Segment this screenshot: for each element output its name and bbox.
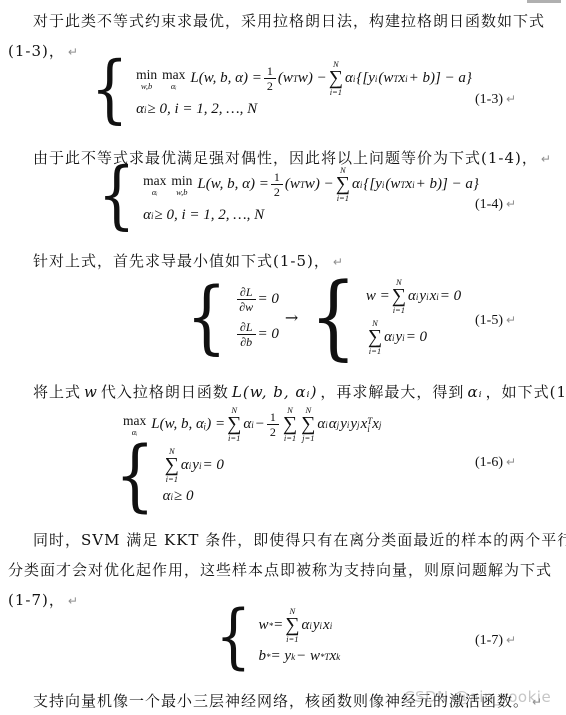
math-token: L(w, b, α) = [197,176,268,193]
math-token: ∑ [336,175,350,194]
math-token: i [347,420,350,430]
math-token: y [192,457,199,474]
paragraph-mark-icon: ↵ [68,594,78,608]
min-operator: minw,b [171,173,192,197]
equation-line: N∑i=1αiyi = 0 [163,447,224,484]
paragraph-substitute: 将上式w代入拉格朗日函数L(w, b, αᵢ)，再求解最大，得到αᵢ，如下式(1… [33,381,566,402]
equation-1-3: {minw,bmaxαᵢL(w, b, α) = 12(wTw) − N∑i=1… [86,60,472,118]
inline-math: L(w, b, αᵢ) [232,383,318,401]
math-token: α [243,416,251,433]
math-token: x [398,70,405,87]
math-token: x [361,416,368,433]
math-token: = [273,617,283,634]
math-token: 1 [267,410,279,425]
math-token: i [309,621,312,631]
summation: N∑i=1 [368,319,382,356]
math-token: i [151,211,154,221]
math-token: ∑ [368,328,382,347]
math-token: + b)] − a} [409,70,472,87]
math-token: i=1 [330,88,342,97]
fraction: 12 [271,170,283,199]
max-operator: maxαᵢ [143,173,166,197]
summation: N∑i=1 [285,607,299,644]
math-token: i [330,621,333,631]
math-token: i [189,461,192,471]
math-token: i [436,292,439,302]
math-token: ∑ [301,415,315,434]
math-token: i=1 [284,434,296,443]
math-token: i [367,425,370,433]
equation-line: maxαᵢminw,bL(w, b, α) = 12(wTw) − N∑i=1α… [143,166,479,203]
math-token: k [291,652,295,662]
equation-1-5: {∂L∂w = 0∂L∂b = 0→{w = N∑i=1αiyixi = 0N∑… [181,278,461,356]
paragraph-mark-icon: ↵ [506,633,516,647]
math-token: i=1 [228,434,240,443]
math-token: i [353,74,356,84]
equation-label-1-6: (1-6)↵ [475,455,516,471]
fraction: ∂L∂w [237,285,256,314]
inline-math: w [84,383,98,401]
paragraph-text: 同时，SVM 满足 KKT 条件，即使得只有在离分类面最近的样本的两个平行 [33,531,566,549]
math-token: w,b [176,188,187,197]
math-token: = 0 [258,326,279,343]
math-token: ≥ 0, i = 1, 2, …, N [147,101,257,118]
summation: N∑i=1 [329,60,343,97]
equation-line: αi ≥ 0 [163,488,224,505]
math-token: i [426,292,429,302]
math-token: = 0 [440,288,461,305]
math-token: i [251,420,254,430]
math-token: ≥ 0, i = 1, 2, …, N [154,207,264,224]
min-operator: minw,b [136,67,157,91]
equation-label-1-7: (1-7)↵ [475,633,516,649]
math-token: α [301,617,309,634]
equation-line: minw,bmaxαᵢL(w, b, α) = 12(wTw) − N∑i=1α… [136,60,472,97]
math-token: ∂L [237,320,256,335]
math-token: α [163,488,171,505]
paragraph-text: 将上式 [33,383,81,401]
equation-1-6: maxαᵢL(w, b, αᵢ) = N∑i=1αi − 12N∑i=1N∑j=… [110,406,382,505]
paragraph-mark-icon: ↵ [541,152,551,166]
equation-label-1-5: (1-5)↵ [475,313,516,329]
math-token: {[y [356,70,375,87]
math-token: b [259,648,267,665]
paragraph-text: (1-7)， [8,591,65,609]
paragraph-text: 分类面才会对优化起作用，这些样本点即被称为支持向量，则原问题解为下式 [8,561,552,579]
label-text: (1-7) [475,633,503,648]
paragraph-text: 支持向量机像一个最小三层神经网络，核函数则像神经元的激活函数。 [33,692,529,710]
paragraph-intro-line1: 对于此类不等式约束求最优，采用拉格朗日法，构建拉格朗日函数如下式 [33,10,545,31]
equation-line: ∂L∂b = 0 [235,320,279,349]
math-token: (w [285,176,300,193]
math-token: j [357,420,360,430]
math-token: α [181,457,189,474]
paragraph-mark-icon: ↵ [506,197,516,211]
max-operator: maxαᵢ [162,67,185,91]
fraction: 12 [267,410,279,439]
math-token: i [416,292,419,302]
math-token: i=1 [337,194,349,203]
equation-line: w* = N∑i=1αiyixi [259,607,342,644]
math-token: max [143,173,166,188]
math-token: α [384,329,392,346]
math-token: ∑ [283,415,297,434]
math-token: w) − [305,176,334,193]
math-token: L(w, b, αᵢ) = [151,416,225,433]
math-token: y [419,288,426,305]
label-text: (1-4) [475,197,503,212]
math-token: ∑ [285,616,299,635]
equation-1-7: {w* = N∑i=1αiyixib* = yk − w*Txk [211,607,341,665]
math-token: = 0 [406,329,427,346]
math-token: α [143,207,151,224]
fraction: ∂L∂b [237,320,256,349]
math-token: α [329,416,337,433]
math-token: 1 [264,64,276,79]
equation-1-4: {maxαᵢminw,bL(w, b, α) = 12(wTw) − N∑i=1… [93,166,479,224]
inline-math: αᵢ [467,383,482,401]
math-token: ∑ [165,456,179,475]
math-token: ∑ [392,287,406,306]
equation-line: b* = yk − w*Txk [259,648,342,665]
math-token: − w [296,648,320,665]
math-token: y [396,329,403,346]
paragraph-text: 对于此类不等式约束求最优，采用拉格朗日法，构建拉格朗日函数如下式 [33,12,545,30]
paragraph-text: 代入拉格朗日函数 [101,383,229,401]
paragraph-text: (1-3)， [8,42,65,60]
math-token: w = [366,288,390,305]
math-token: L(w, b, α) = [190,70,261,87]
math-token: min [171,173,192,188]
math-token: = 0 [202,457,223,474]
paragraph-mark-icon: ↵ [532,695,542,709]
math-token: α [317,416,325,433]
math-token: ∂b [240,335,252,349]
math-token: ∑ [329,69,343,88]
math-token: (w [385,176,400,193]
paragraph-text: ，再求解最大，得到 [320,383,464,401]
math-token: x [329,648,336,665]
math-token: i=1 [166,475,178,484]
summation: N∑i=1 [336,166,350,203]
paragraph-mark-icon: ↵ [506,313,516,327]
math-token: max [162,67,185,82]
equation-line: w = N∑i=1αiyixi = 0 [366,278,461,315]
math-token: 2 [267,79,273,93]
equation-line: ∂L∂w = 0 [235,285,279,314]
math-token: i [405,74,408,84]
math-token: max [123,413,146,428]
paragraph-mark-icon: ↵ [506,455,516,469]
summation: N∑i=1 [227,406,241,443]
equation-line: maxαᵢL(w, b, αᵢ) = N∑i=1αi − 12N∑i=1N∑j=… [123,406,382,443]
math-token: i [360,180,363,190]
paragraph-intro-line2: (1-3)，↵ [8,40,78,61]
label-text: (1-3) [475,92,503,107]
math-token: i=1 [369,347,381,356]
paragraph-text: ，如下式(1-6)， [486,383,566,401]
math-token: j [379,420,382,430]
math-token: y [340,416,347,433]
math-token: αᵢ [171,82,177,91]
math-token: i [392,333,395,343]
math-token: j [337,420,340,430]
math-token: x [405,176,412,193]
math-token: i [382,180,385,190]
math-token: i [325,420,328,430]
math-token: w [259,617,269,634]
paragraph-text: 针对上式，首先求导最小值如下式(1-5)， [33,252,330,270]
window-edge-bar [527,0,561,3]
paragraph-mark-icon: ↵ [68,45,78,59]
label-text: (1-6) [475,455,503,470]
math-token: ∑ [227,415,241,434]
arrow-icon: → [285,308,298,327]
paragraph-mark-icon: ↵ [506,92,516,106]
summation: N∑i=1 [283,406,297,443]
paragraph-kkt-line1: 同时，SVM 满足 KKT 条件，即使得只有在离分类面最近的样本的两个平行 [33,529,566,550]
math-token: i [144,105,147,115]
summation: N∑i=1 [392,278,406,315]
fraction: 12 [264,64,276,93]
math-token: i [402,333,405,343]
math-token: i [199,461,202,471]
math-token: α [352,176,360,193]
math-token: min [136,67,157,82]
math-token: = 0 [258,291,279,308]
math-token: w) − [298,70,327,87]
math-token: α [345,70,353,87]
math-token: 2 [274,185,280,199]
summation: N∑j=1 [301,406,315,443]
math-token: ≥ 0 [174,488,193,505]
math-token: 1 [271,170,283,185]
equation-label-1-3: (1-3)↵ [475,92,516,108]
summation: N∑i=1 [165,447,179,484]
equation-line: αi ≥ 0, i = 1, 2, …, N [143,207,479,224]
math-token: (w [378,70,393,87]
equation-label-1-4: (1-4)↵ [475,197,516,213]
equation-line: N∑i=1αiyi = 0 [366,319,461,356]
math-token: (w [278,70,293,87]
paragraph-kkt-line3: (1-7)，↵ [8,589,78,610]
math-token: {[y [363,176,382,193]
document-page: 对于此类不等式约束求最优，采用拉格朗日法，构建拉格朗日函数如下式 (1-3)，↵… [0,0,566,715]
math-token: i [320,621,323,631]
math-token: α [408,288,416,305]
equation-system: {N∑i=1αiyi = 0αi ≥ 0 [110,447,382,505]
math-token: i [171,492,174,502]
math-token: i [375,74,378,84]
math-token: x [372,416,379,433]
math-token: αᵢ [152,188,158,197]
math-token: i [412,180,415,190]
paragraph-kkt-line2: 分类面才会对优化起作用，这些样本点即被称为支持向量，则原问题解为下式 [8,559,552,580]
math-token: α [136,101,144,118]
math-token: i=1 [286,635,298,644]
math-token: k [336,652,340,662]
math-token: j=1 [302,434,314,443]
math-token: ∂w [239,300,253,314]
math-token: + b)] − a} [416,176,479,193]
math-token: − [255,416,265,433]
math-token: x [430,288,437,305]
paragraph-derivative: 针对上式，首先求导最小值如下式(1-5)，↵ [33,250,343,271]
math-token: w,b [141,82,152,91]
math-token: 2 [270,425,276,439]
equation-line: αi ≥ 0, i = 1, 2, …, N [136,101,472,118]
math-token: y [313,617,320,634]
math-token: i=1 [393,306,405,315]
math-token: x [323,617,330,634]
paragraph-conclusion: 支持向量机像一个最小三层神经网络，核函数则像神经元的激活函数。↵ [33,690,542,711]
math-token: ∂L [237,285,256,300]
math-token: = y [271,648,292,665]
label-text: (1-5) [475,313,503,328]
